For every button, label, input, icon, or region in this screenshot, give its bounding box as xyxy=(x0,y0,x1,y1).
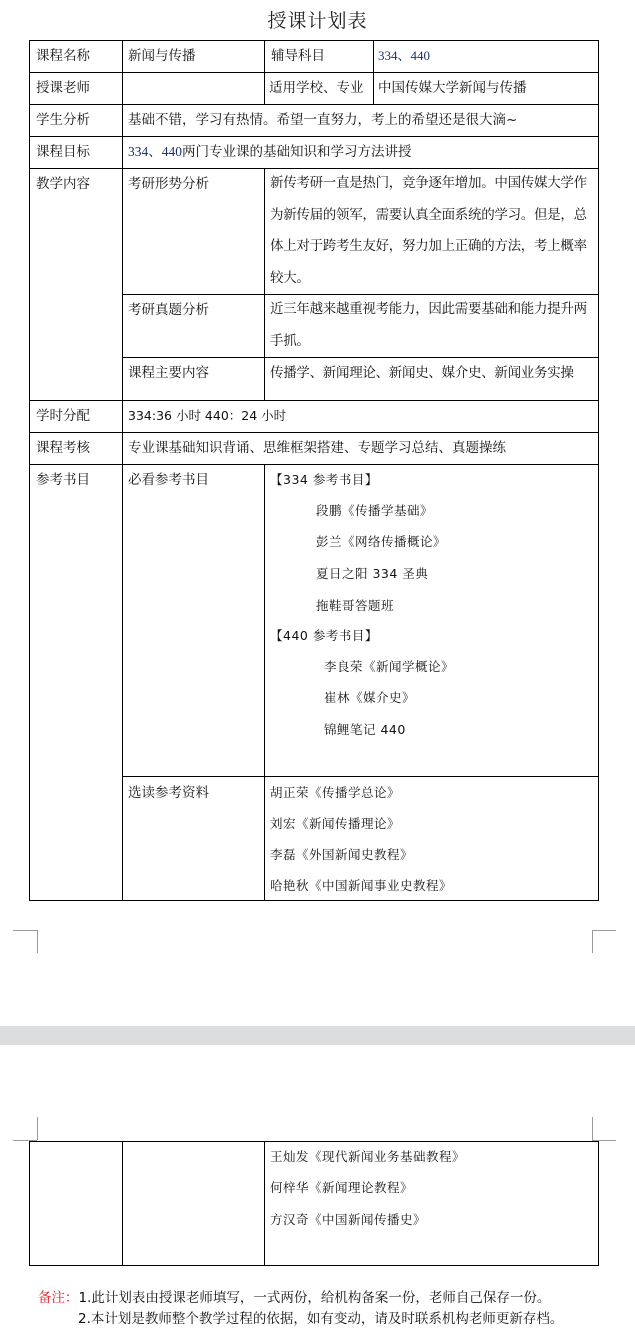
table-border-right xyxy=(598,1141,599,1266)
row-divider xyxy=(29,432,599,433)
crop-mark xyxy=(37,930,38,953)
column-divider xyxy=(264,464,265,901)
note-text-1: 1.此计划表由授课老师填写，一式两份，给机构备案一份，老师自己保存一份。 xyxy=(79,1290,551,1306)
school-major-value: 中国传媒大学新闻与传播 xyxy=(378,80,527,96)
row-divider xyxy=(122,357,599,358)
crop-mark xyxy=(592,930,593,953)
course-goal-label: 课程目标 xyxy=(36,144,90,160)
book-item: 李良荣《新闻学概论》 xyxy=(324,659,454,675)
book-item: 李磊《外国新闻史教程》 xyxy=(270,847,413,863)
optional-books-label: 选读参考资料 xyxy=(128,785,209,801)
column-divider xyxy=(122,40,123,901)
row-divider xyxy=(29,464,599,465)
course-goal-value: 334、440两门专业课的基础知识和学习方法讲授 xyxy=(128,144,412,160)
crop-mark xyxy=(13,930,37,931)
note-line-2: 2.本计划是教师整个教学过程的依据，如有变动，请及时联系机构老师更新存档。 xyxy=(78,1311,563,1327)
crop-mark xyxy=(592,1117,593,1140)
assessment-label: 课程考核 xyxy=(36,440,90,456)
row-divider xyxy=(122,776,599,777)
past-papers-label: 考研真题分析 xyxy=(128,302,209,318)
book-item: 夏日之阳 334 圣典 xyxy=(316,566,428,582)
note-line-1: 备注：1.此计划表由授课老师填写，一式两份，给机构备案一份，老师自己保存一份。 xyxy=(38,1290,550,1306)
table-border-top xyxy=(29,40,599,41)
teaching-content-label: 教学内容 xyxy=(36,176,90,192)
course-name-label: 课程名称 xyxy=(36,48,90,64)
book-group-440-heading: 【440 参考书目】 xyxy=(270,628,378,644)
book-item: 哈艳秋《中国新闻事业史教程》 xyxy=(270,878,452,894)
table-border-right xyxy=(598,40,599,901)
table-border-left xyxy=(29,1141,30,1266)
student-analysis-label: 学生分析 xyxy=(36,112,90,128)
note-label: 备注： xyxy=(38,1290,79,1306)
main-content-label: 课程主要内容 xyxy=(128,365,209,381)
column-divider xyxy=(122,1141,123,1266)
crop-mark xyxy=(592,930,616,931)
main-content-value: 传播学、新闻理论、新闻史、媒介史、新闻业务实操 xyxy=(270,365,574,381)
required-books-label: 必看参考书目 xyxy=(128,472,209,488)
hours-value: 334:36 小时 440：24 小时 xyxy=(128,408,286,424)
row-divider xyxy=(29,400,599,401)
column-divider xyxy=(264,168,265,400)
subject-label: 辅导科目 xyxy=(271,48,325,64)
past-papers-value: 近三年越来越重视考能力，因此需要基础和能力提升两手抓。 xyxy=(270,294,594,357)
book-item: 胡正荣《传播学总论》 xyxy=(270,785,400,801)
exam-trend-label: 考研形势分析 xyxy=(128,176,209,192)
book-item: 锦鲤笔记 440 xyxy=(324,722,406,738)
book-group-334-heading: 【334 参考书目】 xyxy=(270,472,378,488)
book-item: 段鹏《传播学基础》 xyxy=(316,503,433,519)
book-item: 王灿发《现代新闻业务基础教程》 xyxy=(270,1149,465,1165)
table-border-top xyxy=(29,1141,599,1142)
table-border-left xyxy=(29,40,30,901)
page-title: 授课计划表 xyxy=(0,6,635,33)
row-divider xyxy=(29,72,599,73)
table-border-bottom xyxy=(29,1265,599,1266)
course-goal-text: 两门专业课的基础知识和学习方法讲授 xyxy=(182,144,412,160)
student-analysis-value: 基础不错，学习有热情。希望一直努力，考上的希望还是很大滴~ xyxy=(128,112,517,128)
hours-label: 学时分配 xyxy=(36,408,90,424)
row-divider xyxy=(29,104,599,105)
book-item: 拖鞋哥答题班 xyxy=(316,598,394,614)
references-label: 参考书目 xyxy=(36,472,90,488)
school-major-label: 适用学校、专业 xyxy=(269,80,364,96)
column-divider xyxy=(264,1141,265,1266)
exam-trend-value: 新传考研一直是热门，竞争逐年增加。中国传媒大学作为新传届的领军，需要认真全面系统… xyxy=(270,168,594,294)
teacher-label: 授课老师 xyxy=(36,80,90,96)
book-item: 刘宏《新闻传播理论》 xyxy=(270,816,400,832)
book-item: 何梓华《新闻理论教程》 xyxy=(270,1180,413,1196)
course-name-value: 新闻与传播 xyxy=(128,48,196,64)
crop-mark xyxy=(37,1117,38,1140)
page-break-separator xyxy=(0,1026,635,1045)
book-item: 方汉奇《中国新闻传播史》 xyxy=(270,1212,426,1228)
row-divider xyxy=(29,136,599,137)
table-border-bottom xyxy=(29,900,599,901)
book-item: 彭兰《网络传播概论》 xyxy=(316,534,446,550)
course-goal-subjects: 334、440 xyxy=(128,144,182,159)
assessment-value: 专业课基础知识背诵、思维框架搭建、专题学习总结、真题操练 xyxy=(128,440,506,456)
subject-value: 334、440 xyxy=(378,48,430,64)
book-item: 崔林《媒介史》 xyxy=(324,690,415,706)
